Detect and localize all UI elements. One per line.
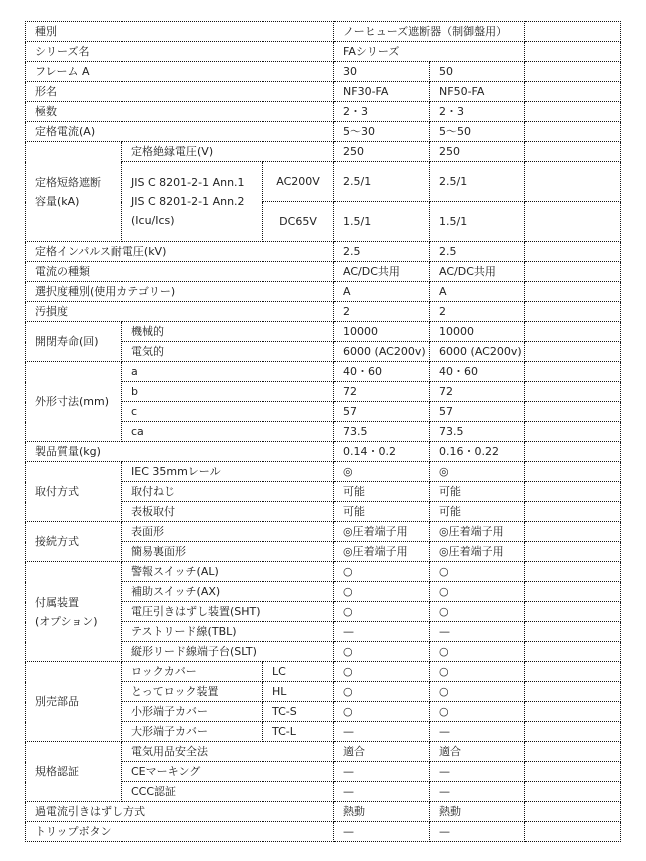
row-label: 定格インパルス耐電圧(kV) bbox=[26, 242, 334, 262]
table-row: 別売部品 ロックカバー LC ○ ○ bbox=[26, 662, 621, 682]
cell-value: 可能 bbox=[334, 482, 430, 502]
cell-value: ◎圧着端子用 bbox=[430, 542, 525, 562]
label-line: JIS C 8201-2-1 Ann.2 bbox=[131, 192, 262, 211]
cell-value: 5～50 bbox=[430, 122, 525, 142]
label-line: (オプション) bbox=[35, 612, 121, 631]
sub-label: CEマーキング bbox=[122, 762, 334, 782]
empty-cell bbox=[525, 342, 621, 362]
empty-cell bbox=[525, 422, 621, 442]
table-row: 定格電流(A) 5～30 5～50 bbox=[26, 122, 621, 142]
empty-cell bbox=[525, 102, 621, 122]
cell-value: ○ bbox=[430, 642, 525, 662]
empty-cell bbox=[525, 282, 621, 302]
cell-value: 30 bbox=[334, 62, 430, 82]
table-row: 種別 ノーヒューズ遮断器（制御盤用） bbox=[26, 22, 621, 42]
part-code: HL bbox=[263, 682, 334, 702]
cell-value: ◎圧着端子用 bbox=[430, 522, 525, 542]
cell-value: NF50-FA bbox=[430, 82, 525, 102]
table-row: 取付方式 IEC 35mmレール ◎ ◎ bbox=[26, 462, 621, 482]
empty-cell bbox=[525, 522, 621, 542]
empty-cell bbox=[525, 482, 621, 502]
sub-label: 電気用品安全法 bbox=[122, 742, 334, 762]
row-label: 汚損度 bbox=[26, 302, 334, 322]
cell-value: — bbox=[430, 622, 525, 642]
cell-value: 50 bbox=[430, 62, 525, 82]
cell-value: 10000 bbox=[334, 322, 430, 342]
cell-value: 2・3 bbox=[430, 102, 525, 122]
cell-value: A bbox=[430, 282, 525, 302]
sub-label: a bbox=[122, 362, 334, 382]
empty-cell bbox=[525, 662, 621, 682]
cell-value: — bbox=[334, 822, 430, 842]
cell-value: 適合 bbox=[430, 742, 525, 762]
table-row: 形名 NF30-FA NF50-FA bbox=[26, 82, 621, 102]
table-row: 過電流引きはずし方式 熱動 熱動 bbox=[26, 802, 621, 822]
part-code: TC-L bbox=[263, 722, 334, 742]
cell-value: 73.5 bbox=[430, 422, 525, 442]
empty-cell bbox=[525, 82, 621, 102]
empty-cell bbox=[525, 702, 621, 722]
sub-label: 機械的 bbox=[122, 322, 334, 342]
sub-label: 表板取付 bbox=[122, 502, 334, 522]
empty-cell bbox=[525, 602, 621, 622]
row-label: トリップボタン bbox=[26, 822, 334, 842]
sub-label: 補助スイッチ(AX) bbox=[122, 582, 334, 602]
row-label: 製品質量(kg) bbox=[26, 442, 334, 462]
table-row: フレーム A 30 50 bbox=[26, 62, 621, 82]
empty-cell bbox=[525, 202, 621, 242]
spec-table: 種別 ノーヒューズ遮断器（制御盤用） シリーズ名 FAシリーズ フレーム A 3… bbox=[25, 21, 621, 842]
empty-cell bbox=[525, 362, 621, 382]
cell-value: ◎ bbox=[334, 462, 430, 482]
cell-value: 熱動 bbox=[430, 802, 525, 822]
cell-value: — bbox=[430, 762, 525, 782]
group-label-life: 開閉寿命(回) bbox=[26, 322, 122, 362]
cell-value: 2.5/1 bbox=[430, 162, 525, 202]
table-row: 接続方式 表面形 ◎圧着端子用 ◎圧着端子用 bbox=[26, 522, 621, 542]
row-label: シリーズ名 bbox=[26, 42, 334, 62]
sub-label: 小形端子カバー bbox=[122, 702, 263, 722]
cell-value: 2.5/1 bbox=[334, 162, 430, 202]
cell-value: 1.5/1 bbox=[334, 202, 430, 242]
table-row: 規格認証 電気用品安全法 適合 適合 bbox=[26, 742, 621, 762]
label-line: 定格短絡遮断 bbox=[35, 173, 121, 192]
table-row: 電流の種類 AC/DC共用 AC/DC共用 bbox=[26, 262, 621, 282]
empty-cell bbox=[525, 322, 621, 342]
row-label: フレーム A bbox=[26, 62, 334, 82]
cell-value: 可能 bbox=[430, 502, 525, 522]
cell-value: ○ bbox=[334, 662, 430, 682]
empty-cell bbox=[525, 562, 621, 582]
cell-value: ○ bbox=[430, 602, 525, 622]
cell-value: ○ bbox=[334, 582, 430, 602]
cell-value: 2 bbox=[334, 302, 430, 322]
sub-label: 定格絶縁電圧(V) bbox=[122, 142, 334, 162]
cell-value: — bbox=[334, 762, 430, 782]
sub-label: 簡易裏面形 bbox=[122, 542, 334, 562]
empty-cell bbox=[525, 642, 621, 662]
cell-value: 73.5 bbox=[334, 422, 430, 442]
cell-value: 40・60 bbox=[334, 362, 430, 382]
cell-value: ○ bbox=[430, 702, 525, 722]
table-row: 開閉寿命(回) 機械的 10000 10000 bbox=[26, 322, 621, 342]
jis-standard-label: JIS C 8201-2-1 Ann.1 JIS C 8201-2-1 Ann.… bbox=[122, 162, 263, 242]
row-label: 形名 bbox=[26, 82, 334, 102]
cell-value: 0.14・0.2 bbox=[334, 442, 430, 462]
cell-value: 72 bbox=[430, 382, 525, 402]
label-line: JIS C 8201-2-1 Ann.1 bbox=[131, 173, 262, 192]
cell-value: 熱動 bbox=[334, 802, 430, 822]
cell-value: 可能 bbox=[430, 482, 525, 502]
sub-label: IEC 35mmレール bbox=[122, 462, 334, 482]
empty-cell bbox=[525, 382, 621, 402]
table-row: 定格短絡遮断 容量(kA) 定格絶縁電圧(V) 250 250 bbox=[26, 142, 621, 162]
table-row: 汚損度 2 2 bbox=[26, 302, 621, 322]
cell-value: 5～30 bbox=[334, 122, 430, 142]
sub-label: ロックカバー bbox=[122, 662, 263, 682]
empty-cell bbox=[525, 502, 621, 522]
voltage-label-dc: DC65V bbox=[263, 202, 334, 242]
part-code: TC-S bbox=[263, 702, 334, 722]
cell-value: A bbox=[334, 282, 430, 302]
cell-value: 10000 bbox=[430, 322, 525, 342]
cell-value: NF30-FA bbox=[334, 82, 430, 102]
table-row: 極数 2・3 2・3 bbox=[26, 102, 621, 122]
group-label-certification: 規格認証 bbox=[26, 742, 122, 802]
empty-cell bbox=[525, 462, 621, 482]
cell-value: ○ bbox=[334, 602, 430, 622]
cell-value: — bbox=[430, 782, 525, 802]
cell-value: 可能 bbox=[334, 502, 430, 522]
cell-value: ◎ bbox=[430, 462, 525, 482]
cell-value: — bbox=[430, 722, 525, 742]
cell-value: ○ bbox=[334, 702, 430, 722]
cell-value: ○ bbox=[334, 562, 430, 582]
empty-cell bbox=[525, 582, 621, 602]
empty-cell bbox=[525, 722, 621, 742]
empty-cell bbox=[525, 822, 621, 842]
empty-cell bbox=[525, 22, 621, 42]
series-value: FAシリーズ bbox=[334, 42, 525, 62]
empty-cell bbox=[525, 42, 621, 62]
sub-label: b bbox=[122, 382, 334, 402]
cell-value: 6000 (AC200v) bbox=[430, 342, 525, 362]
sub-label: 表面形 bbox=[122, 522, 334, 542]
table-row: 製品質量(kg) 0.14・0.2 0.16・0.22 bbox=[26, 442, 621, 462]
cell-value: ○ bbox=[430, 662, 525, 682]
table-row: トリップボタン — — bbox=[26, 822, 621, 842]
row-label: 定格電流(A) bbox=[26, 122, 334, 142]
cell-value: AC/DC共用 bbox=[430, 262, 525, 282]
cell-value: — bbox=[334, 622, 430, 642]
type-value: ノーヒューズ遮断器（制御盤用） bbox=[334, 22, 525, 42]
row-label: 過電流引きはずし方式 bbox=[26, 802, 334, 822]
empty-cell bbox=[525, 402, 621, 422]
cell-value: 適合 bbox=[334, 742, 430, 762]
cell-value: — bbox=[334, 782, 430, 802]
empty-cell bbox=[525, 302, 621, 322]
empty-cell bbox=[525, 682, 621, 702]
cell-value: 250 bbox=[430, 142, 525, 162]
empty-cell bbox=[525, 762, 621, 782]
group-label-separate-parts: 別売部品 bbox=[26, 662, 122, 742]
table-row: シリーズ名 FAシリーズ bbox=[26, 42, 621, 62]
cell-value: 2 bbox=[430, 302, 525, 322]
table-row: 選択度種別(使用カテゴリー) A A bbox=[26, 282, 621, 302]
empty-cell bbox=[525, 742, 621, 762]
group-label-dimensions: 外形寸法(mm) bbox=[26, 362, 122, 442]
empty-cell bbox=[525, 142, 621, 162]
table-row: 外形寸法(mm) a 40・60 40・60 bbox=[26, 362, 621, 382]
empty-cell bbox=[525, 622, 621, 642]
empty-cell bbox=[525, 242, 621, 262]
empty-cell bbox=[525, 782, 621, 802]
label-line: 容量(kA) bbox=[35, 192, 121, 211]
sub-label: 電気的 bbox=[122, 342, 334, 362]
cell-value: 1.5/1 bbox=[430, 202, 525, 242]
group-label-mounting: 取付方式 bbox=[26, 462, 122, 522]
sub-label: 大形端子カバー bbox=[122, 722, 263, 742]
cell-value: ○ bbox=[334, 682, 430, 702]
sub-label: テストリード線(TBL) bbox=[122, 622, 334, 642]
cell-value: 2・3 bbox=[334, 102, 430, 122]
sub-label: 縦形リード線端子台(SLT) bbox=[122, 642, 334, 662]
part-code: LC bbox=[263, 662, 334, 682]
cell-value: 57 bbox=[430, 402, 525, 422]
table-row: 定格インパルス耐電圧(kV) 2.5 2.5 bbox=[26, 242, 621, 262]
cell-value: AC/DC共用 bbox=[334, 262, 430, 282]
cell-value: ◎圧着端子用 bbox=[334, 542, 430, 562]
empty-cell bbox=[525, 62, 621, 82]
label-line: 付属装置 bbox=[35, 593, 121, 612]
sub-label: 取付ねじ bbox=[122, 482, 334, 502]
voltage-label-ac: AC200V bbox=[263, 162, 334, 202]
row-label: 種別 bbox=[26, 22, 334, 42]
empty-cell bbox=[525, 802, 621, 822]
empty-cell bbox=[525, 162, 621, 202]
empty-cell bbox=[525, 262, 621, 282]
cell-value: 57 bbox=[334, 402, 430, 422]
cell-value: ○ bbox=[334, 642, 430, 662]
group-label-breaking: 定格短絡遮断 容量(kA) bbox=[26, 142, 122, 242]
sub-label: 警報スイッチ(AL) bbox=[122, 562, 334, 582]
empty-cell bbox=[525, 442, 621, 462]
empty-cell bbox=[525, 542, 621, 562]
cell-value: 40・60 bbox=[430, 362, 525, 382]
table-row: 付属装置 (オプション) 警報スイッチ(AL) ○ ○ bbox=[26, 562, 621, 582]
cell-value: ◎圧着端子用 bbox=[334, 522, 430, 542]
sub-label: とってロック装置 bbox=[122, 682, 263, 702]
cell-value: 0.16・0.22 bbox=[430, 442, 525, 462]
row-label: 選択度種別(使用カテゴリー) bbox=[26, 282, 334, 302]
sub-label: 電圧引きはずし装置(SHT) bbox=[122, 602, 334, 622]
row-label: 電流の種類 bbox=[26, 262, 334, 282]
cell-value: 2.5 bbox=[334, 242, 430, 262]
cell-value: 2.5 bbox=[430, 242, 525, 262]
cell-value: — bbox=[334, 722, 430, 742]
sub-label: CCC認証 bbox=[122, 782, 334, 802]
group-label-accessories: 付属装置 (オプション) bbox=[26, 562, 122, 662]
sub-label: c bbox=[122, 402, 334, 422]
cell-value: 72 bbox=[334, 382, 430, 402]
row-label: 極数 bbox=[26, 102, 334, 122]
cell-value: ○ bbox=[430, 582, 525, 602]
empty-cell bbox=[525, 122, 621, 142]
cell-value: ○ bbox=[430, 682, 525, 702]
cell-value: 6000 (AC200v) bbox=[334, 342, 430, 362]
sub-label: ca bbox=[122, 422, 334, 442]
cell-value: — bbox=[430, 822, 525, 842]
cell-value: 250 bbox=[334, 142, 430, 162]
label-line: (Icu/Ics) bbox=[131, 211, 262, 230]
cell-value: ○ bbox=[430, 562, 525, 582]
group-label-connection: 接続方式 bbox=[26, 522, 122, 562]
